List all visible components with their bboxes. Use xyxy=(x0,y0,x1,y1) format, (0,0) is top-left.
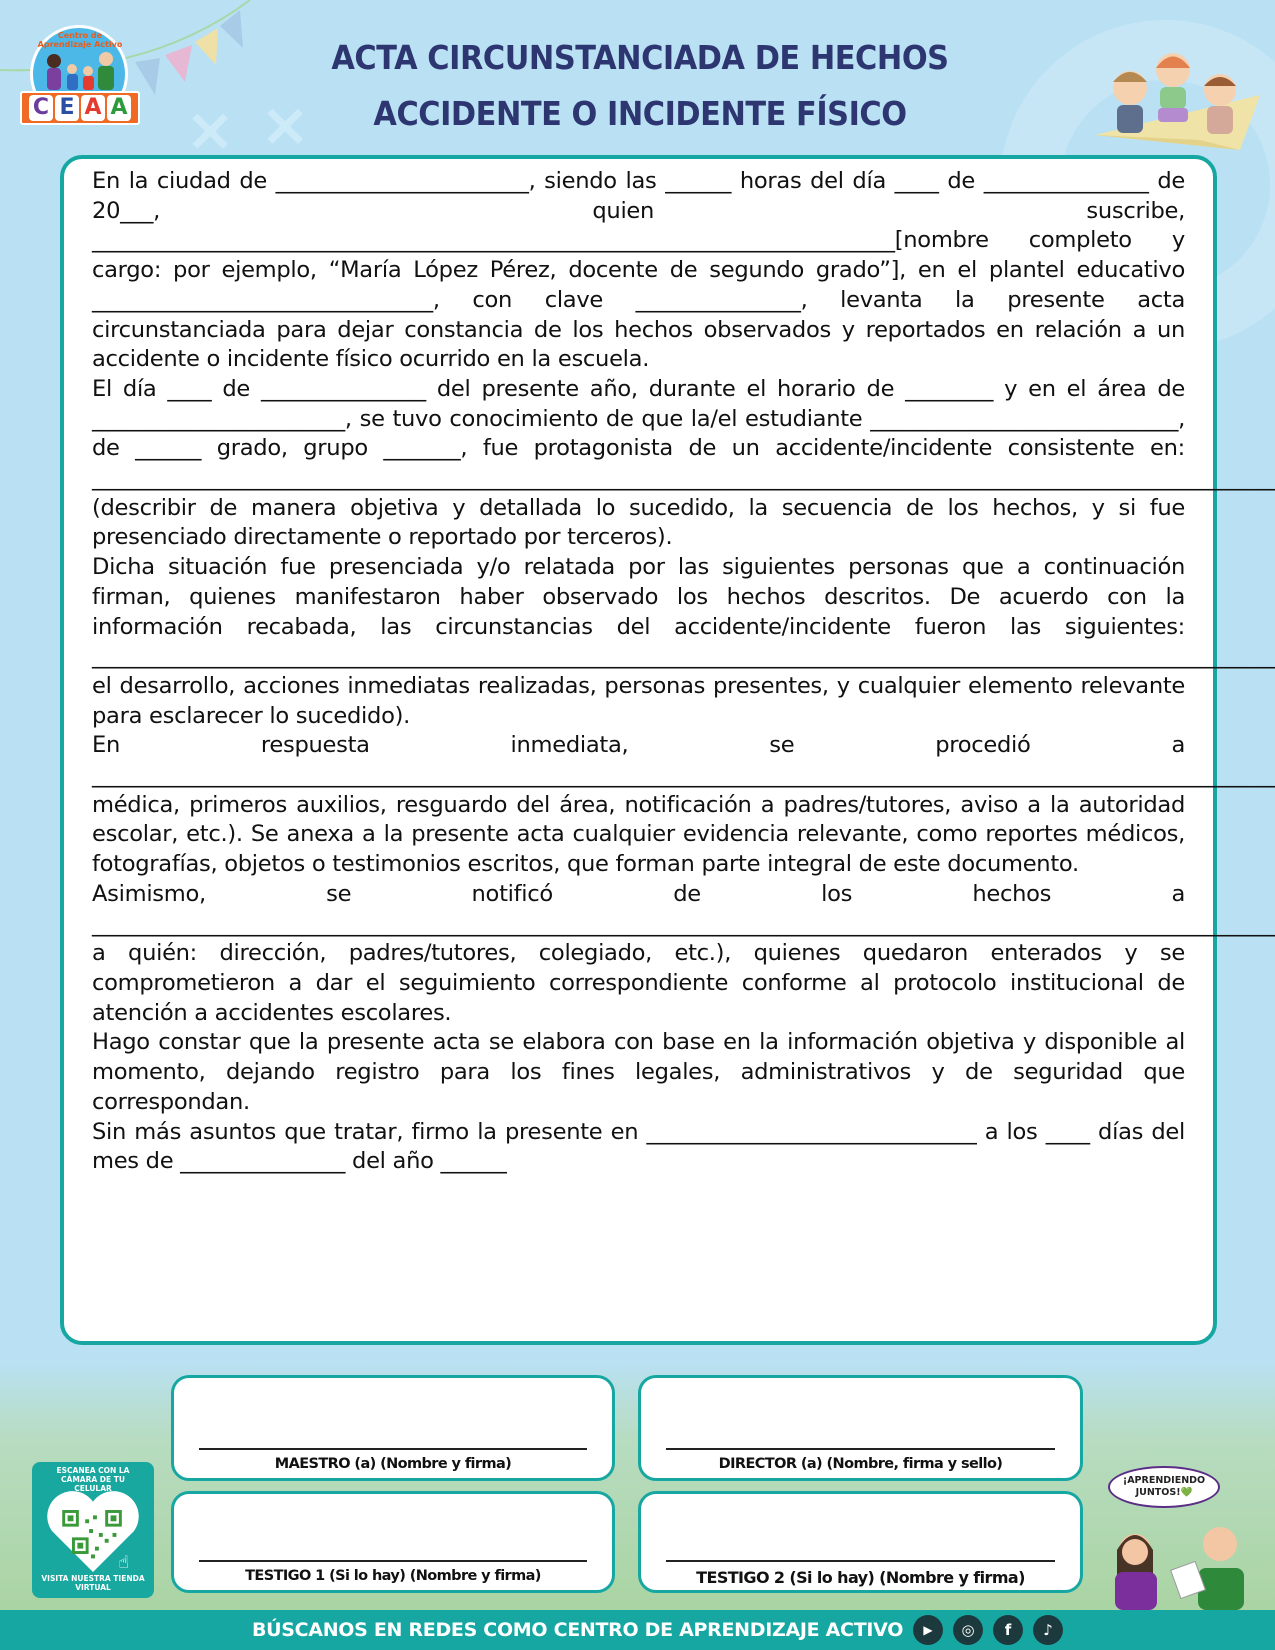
paragraph-incident: El día ____ de _______________ del prese… xyxy=(92,375,1185,553)
footer-text: BÚSCANOS EN REDES COMO CENTRO DE APRENDI… xyxy=(252,1619,903,1641)
qr-store-card[interactable]: ESCANEA CON LA CÁMARA DE TU CELULAR ☝ VI… xyxy=(32,1462,154,1598)
paragraph-statement: Hago constar que la presente acta se ela… xyxy=(92,1028,1185,1117)
signature-label: MAESTRO (a) (Nombre y firma) xyxy=(174,1456,612,1472)
logo-letter: E xyxy=(55,95,79,121)
signature-label: TESTIGO 1 (Si lo hay) (Nombre y firma) xyxy=(174,1568,612,1584)
signature-line xyxy=(666,1560,1055,1562)
logo-people-illustration xyxy=(42,47,120,93)
logo-letter: A xyxy=(81,95,105,121)
qr-code-heart-icon: ☝ xyxy=(44,1490,142,1574)
logo-letter: C xyxy=(29,95,53,121)
paragraph-notification: Asimismo, se notificó de los hechos a __… xyxy=(92,880,1185,1029)
signature-line xyxy=(199,1448,587,1450)
paragraph-closing: Sin más asuntos que tratar, firmo la pre… xyxy=(92,1118,1185,1177)
signature-box-testigo-1[interactable]: TESTIGO 1 (Si lo hay) (Nombre y firma) xyxy=(171,1491,615,1593)
logo-letter: A xyxy=(107,95,131,121)
acta-text-box: En la ciudad de _______________________,… xyxy=(60,155,1217,1345)
title-line-2: ACCIDENTE O INCIDENTE FÍSICO xyxy=(327,86,953,142)
signature-line xyxy=(666,1448,1055,1450)
signature-line xyxy=(199,1560,587,1562)
footer-bar: BÚSCANOS EN REDES COMO CENTRO DE APRENDI… xyxy=(0,1610,1275,1650)
instagram-icon[interactable]: ◎ xyxy=(953,1615,983,1645)
ceaa-logo: Centro de Aprendizaje Activo C E A A xyxy=(20,25,140,130)
logo-banner: C E A A xyxy=(20,91,140,125)
signature-label: DIRECTOR (a) (Nombre, firma y sello) xyxy=(641,1456,1080,1472)
acta-body: En la ciudad de _______________________,… xyxy=(92,167,1185,1177)
qr-top-text: ESCANEA CON LA CÁMARA DE TU CELULAR xyxy=(32,1466,154,1493)
qr-bottom-text: VISITA NUESTRA TIENDA VIRTUAL xyxy=(32,1574,154,1592)
youtube-icon[interactable]: ▶ xyxy=(913,1615,943,1645)
signature-box-director[interactable]: DIRECTOR (a) (Nombre, firma y sello) xyxy=(638,1375,1083,1481)
facebook-icon[interactable]: f xyxy=(993,1615,1023,1645)
paragraph-witnesses: Dicha situación fue presenciada y/o rela… xyxy=(92,553,1185,731)
signature-label: TESTIGO 2 (Si lo hay) (Nombre y firma) xyxy=(641,1568,1080,1587)
paragraph-intro: En la ciudad de _______________________,… xyxy=(92,167,1185,375)
signature-box-maestro[interactable]: MAESTRO (a) (Nombre y firma) xyxy=(171,1375,615,1481)
speech-bubble: ¡APRENDIENDO JUNTOS!💚 xyxy=(1108,1466,1220,1508)
title-line-1: ACTA CIRCUNSTANCIADA DE HECHOS xyxy=(327,30,953,86)
document-title: ACTA CIRCUNSTANCIADA DE HECHOS ACCIDENTE… xyxy=(327,30,953,142)
paragraph-response: En respuesta inmediata, se procedió a __… xyxy=(92,731,1185,880)
svg-text:☝: ☝ xyxy=(118,1553,129,1573)
tiktok-icon[interactable]: ♪ xyxy=(1033,1615,1063,1645)
teachers-high-five-illustration xyxy=(1090,1510,1275,1610)
signature-box-testigo-2[interactable]: TESTIGO 2 (Si lo hay) (Nombre y firma) xyxy=(638,1491,1083,1593)
mascots-illustration: ¡APRENDIENDO JUNTOS!💚 xyxy=(1090,1460,1275,1610)
kids-paper-plane-illustration xyxy=(1080,30,1265,160)
